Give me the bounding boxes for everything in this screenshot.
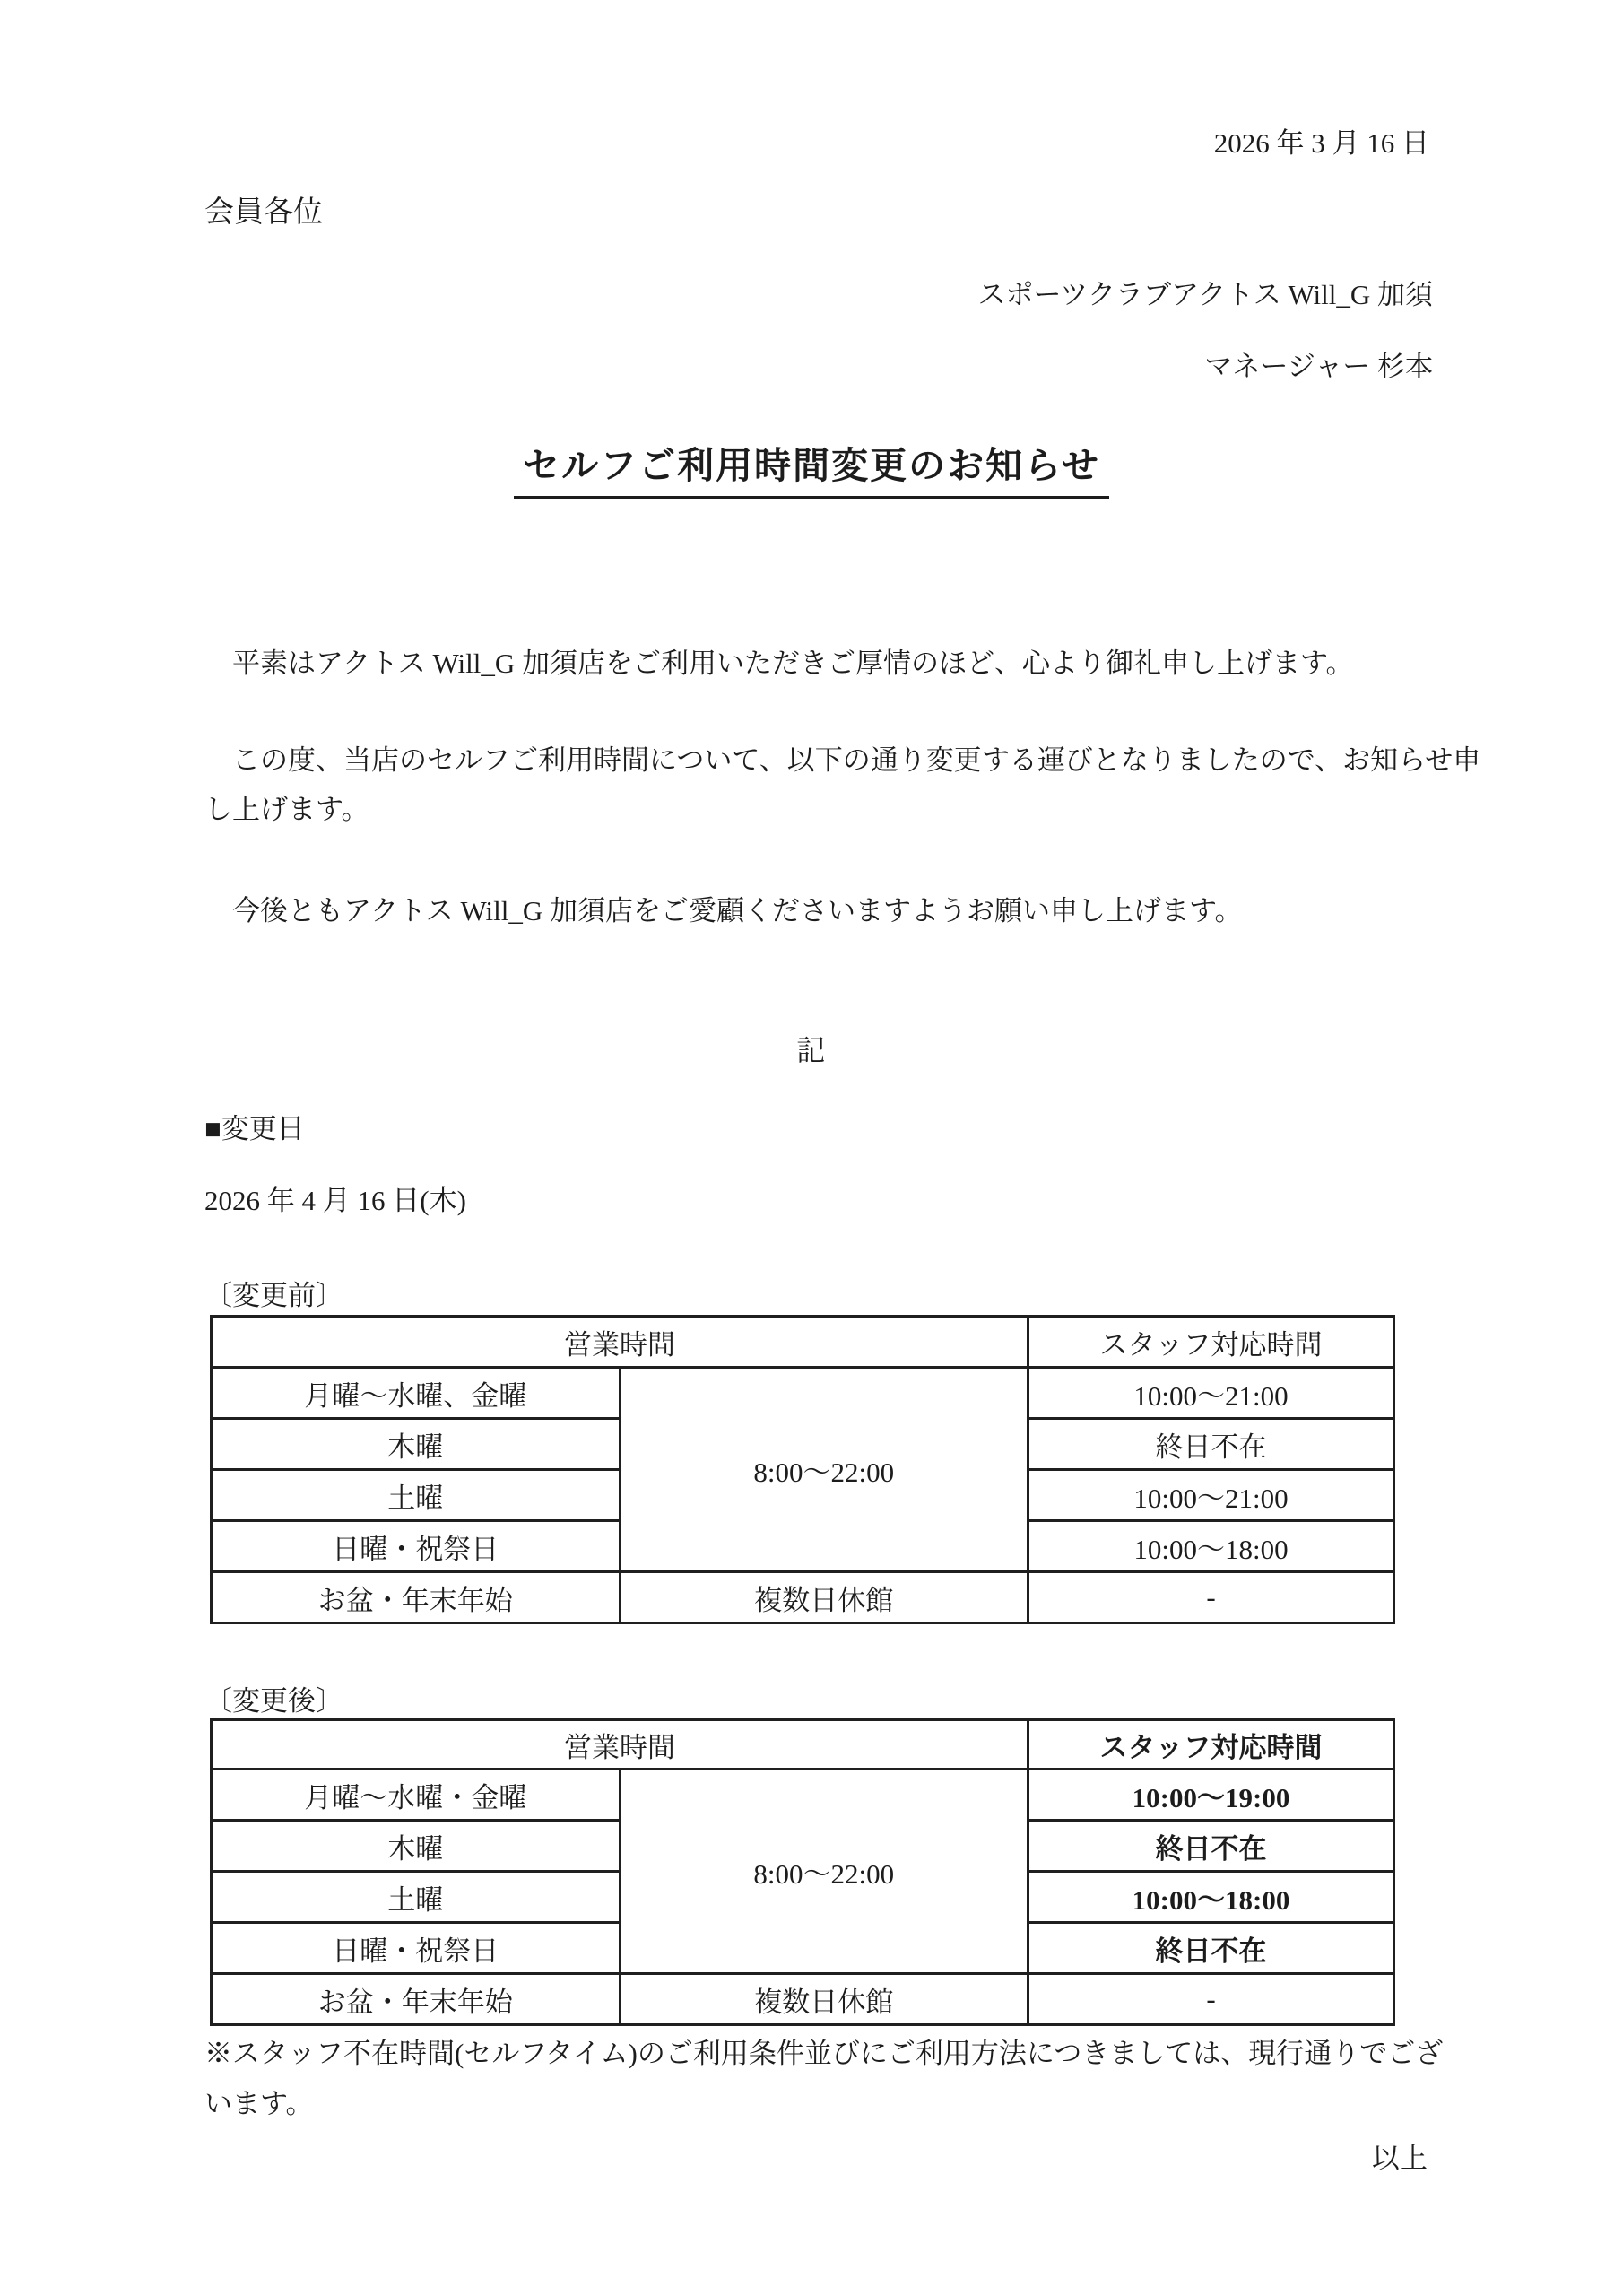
day-cell: 月曜〜水曜、金曜 (212, 1368, 621, 1419)
change-date-value: 2026 年 4 月 16 日(木) (204, 1178, 466, 1218)
staff-hours-cell: 10:00〜19:00 (1028, 1770, 1394, 1821)
recipient-line: 会員各位 (204, 188, 323, 230)
footnote-text: ※スタッフ不在時間(セルフタイム)のご利用条件並びにご利用方法につきましては、現… (204, 2029, 1464, 2130)
after-hours-table: 営業時間 スタッフ対応時間 月曜〜水曜・金曜 8:00〜22:00 10:00〜… (210, 1718, 1395, 2026)
staff-hours-cell: 10:00〜21:00 (1028, 1470, 1394, 1521)
day-cell: 木曜 (212, 1419, 621, 1470)
paragraph-request: 今後ともアクトス Will_G 加須店をご愛顧くださいますようお願い申し上げます… (204, 886, 1481, 935)
staff-hours-cell: 10:00〜21:00 (1028, 1368, 1394, 1419)
staff-hours-cell: - (1028, 1974, 1394, 2025)
day-cell: 土曜 (212, 1470, 621, 1521)
title-row: セルフご利用時間変更のお知らせ (0, 436, 1623, 499)
day-cell: 日曜・祝祭日 (212, 1923, 621, 1974)
staff-hours-header: スタッフ対応時間 (1028, 1720, 1394, 1770)
table-row: 月曜〜水曜・金曜 8:00〜22:00 10:00〜19:00 (212, 1770, 1394, 1821)
paragraph-thanks: 平素はアクトス Will_G 加須店をご利用いただきご厚情のほど、心より御礼申し… (204, 639, 1481, 688)
sender-person: マネージャー 杉本 (1204, 344, 1433, 384)
table-row-holiday: お盆・年末年始 複数日休館 - (212, 1974, 1394, 2025)
paragraph-notice: この度、当店のセルフご利用時間について、以下の通り変更する運びとなりましたので、… (204, 735, 1481, 834)
staff-hours-cell: 終日不在 (1028, 1923, 1394, 1974)
table-header-row: 営業時間 スタッフ対応時間 (212, 1317, 1394, 1368)
staff-hours-cell: 10:00〜18:00 (1028, 1872, 1394, 1923)
closed-cell: 複数日休館 (620, 1572, 1028, 1623)
staff-hours-cell: 終日不在 (1028, 1821, 1394, 1872)
after-table-label: 〔変更後〕 (204, 1678, 343, 1718)
staff-hours-cell: 終日不在 (1028, 1419, 1394, 1470)
sender-organization: スポーツクラブアクトス Will_G 加須 (978, 272, 1433, 312)
staff-hours-cell: 10:00〜18:00 (1028, 1521, 1394, 1572)
day-cell: お盆・年末年始 (212, 1974, 621, 2025)
closing-marker: 以上 (1372, 2135, 1428, 2176)
table-row-holiday: お盆・年末年始 複数日休館 - (212, 1572, 1394, 1623)
before-hours-table: 営業時間 スタッフ対応時間 月曜〜水曜、金曜 8:00〜22:00 10:00〜… (210, 1315, 1395, 1624)
day-cell: 日曜・祝祭日 (212, 1521, 621, 1572)
day-cell: 土曜 (212, 1872, 621, 1923)
business-hours-header: 営業時間 (212, 1720, 1028, 1770)
change-date-heading: ■変更日 (204, 1106, 305, 1146)
table-header-row: 営業時間 スタッフ対応時間 (212, 1720, 1394, 1770)
staff-hours-header: スタッフ対応時間 (1028, 1317, 1394, 1368)
closed-cell: 複数日休館 (620, 1974, 1028, 2025)
issue-date: 2026 年 3 月 16 日 (1214, 120, 1429, 161)
notice-document-page: 2026 年 3 月 16 日 会員各位 スポーツクラブアクトス Will_G … (0, 0, 1623, 2296)
ki-marker: 記 (0, 1028, 1623, 1069)
day-cell: 木曜 (212, 1821, 621, 1872)
staff-hours-cell: - (1028, 1572, 1394, 1623)
day-cell: 月曜〜水曜・金曜 (212, 1770, 621, 1821)
before-table-label: 〔変更前〕 (204, 1273, 343, 1313)
business-hours-cell: 8:00〜22:00 (620, 1368, 1028, 1572)
business-hours-header: 営業時間 (212, 1317, 1028, 1368)
page-title: セルフご利用時間変更のお知らせ (514, 436, 1109, 499)
day-cell: お盆・年末年始 (212, 1572, 621, 1623)
table-row: 月曜〜水曜、金曜 8:00〜22:00 10:00〜21:00 (212, 1368, 1394, 1419)
business-hours-cell: 8:00〜22:00 (620, 1770, 1028, 1974)
